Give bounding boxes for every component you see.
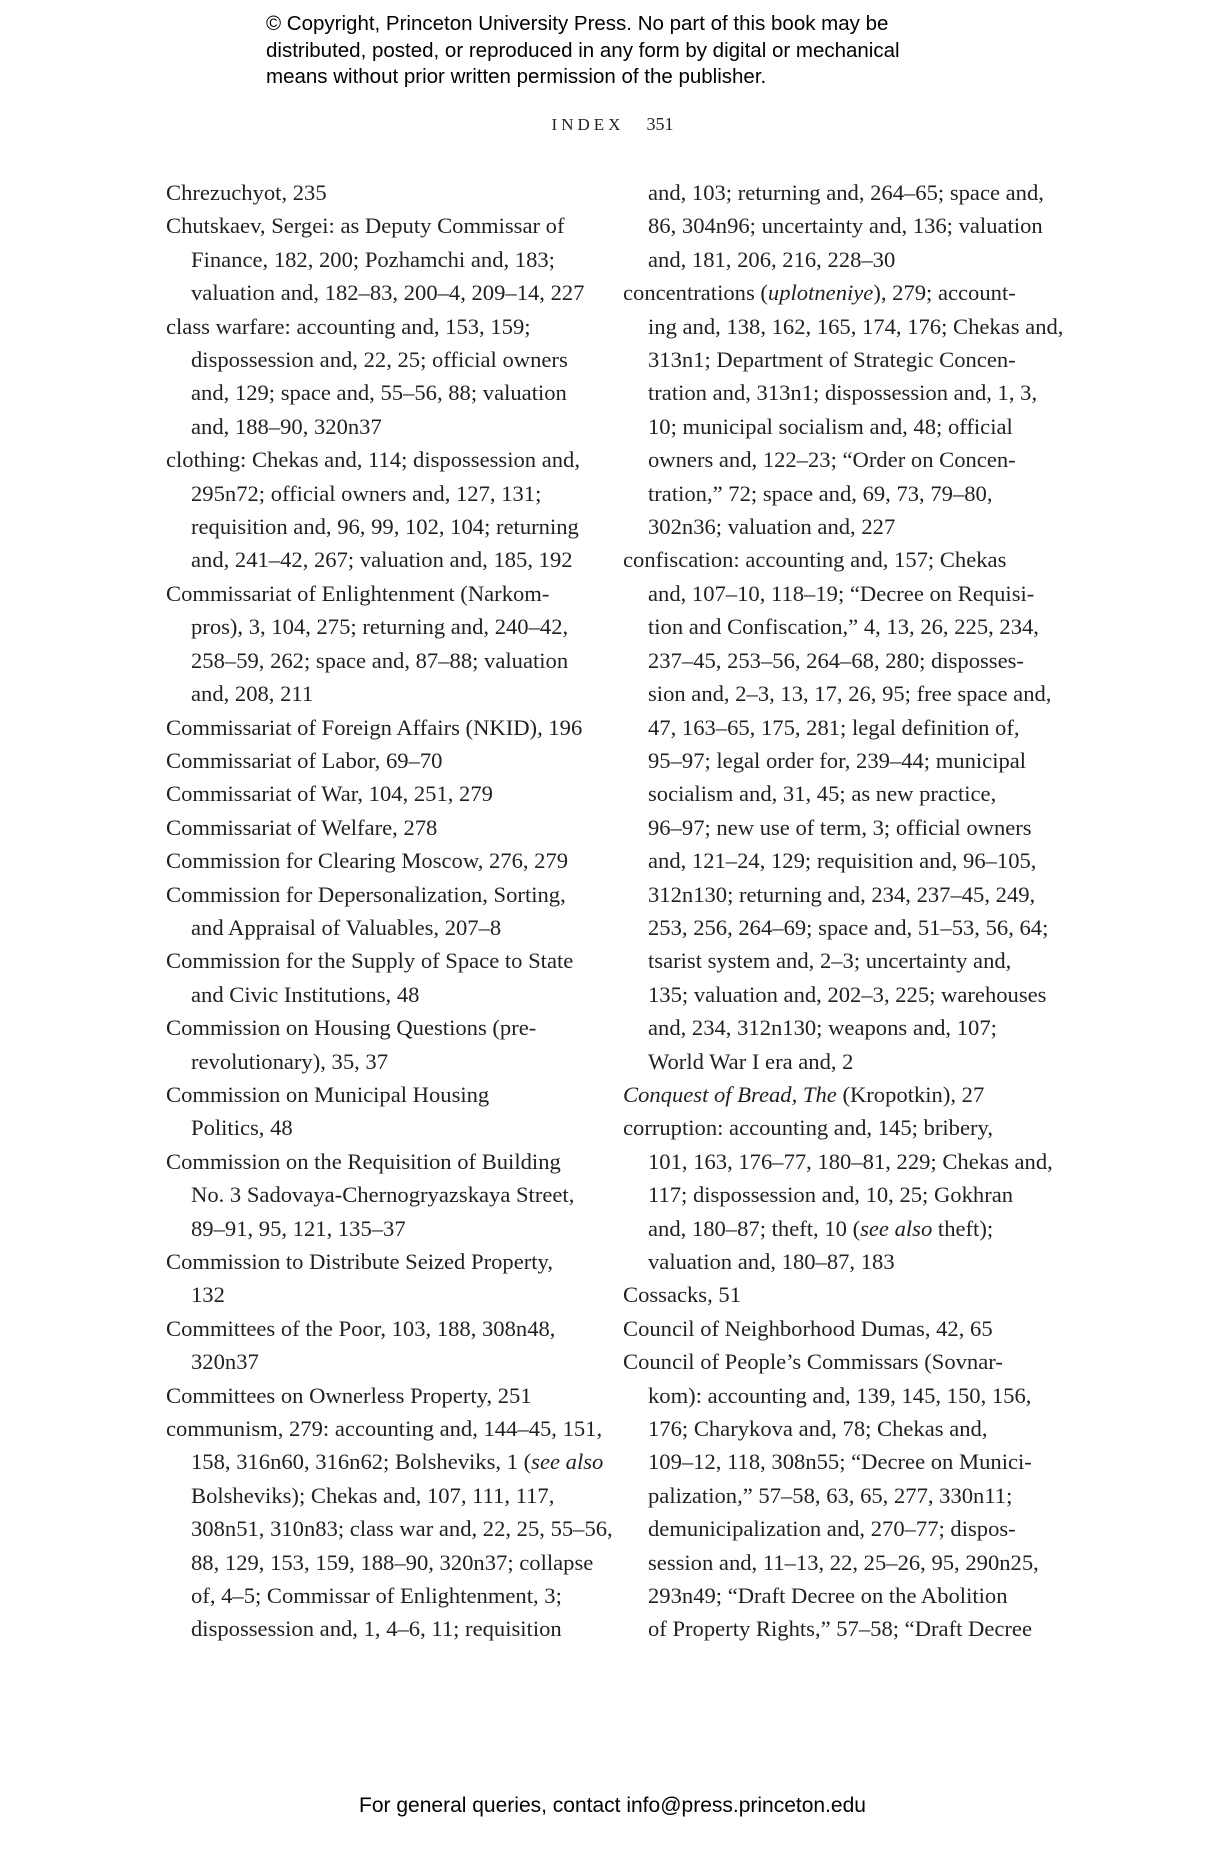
index-line: Commissariat of Enlightenment (Narkom- <box>166 577 586 610</box>
index-entry: Commission to Distribute Seized Property… <box>166 1245 586 1312</box>
copyright-line: distributed, posted, or reproduced in an… <box>266 38 1026 65</box>
index-line: Committees of the Poor, 103, 188, 308n48… <box>166 1312 586 1345</box>
index-line: 86, 304n96; uncertainty and, 136; valuat… <box>623 209 1043 242</box>
index-line: and, 103; returning and, 264–65; space a… <box>623 176 1043 209</box>
index-line: 158, 316n60, 316n62; Bolsheviks, 1 (see … <box>166 1445 586 1478</box>
index-line: communism, 279: accounting and, 144–45, … <box>166 1412 586 1445</box>
index-line: and Civic Institutions, 48 <box>166 978 586 1011</box>
index-text: ), 279; account- <box>873 280 1015 305</box>
index-line: tion and Confiscation,” 4, 13, 26, 225, … <box>623 610 1043 643</box>
index-line: Commission to Distribute Seized Property… <box>166 1245 586 1278</box>
index-entry: Committees on Ownerless Property, 251 <box>166 1379 586 1412</box>
index-line: tration,” 72; space and, 69, 73, 79–80, <box>623 477 1043 510</box>
index-line: Council of Neighborhood Dumas, 42, 65 <box>623 1312 1043 1345</box>
index-entry: Commission for Clearing Moscow, 276, 279 <box>166 844 586 877</box>
copyright-notice: © Copyright, Princeton University Press.… <box>266 11 1026 91</box>
index-line: class warfare: accounting and, 153, 159; <box>166 310 586 343</box>
index-line: pros), 3, 104, 275; returning and, 240–4… <box>166 610 586 643</box>
index-line: concentrations (uplotneniye), 279; accou… <box>623 276 1043 309</box>
index-line: demunicipalization and, 270–77; dispos- <box>623 1512 1043 1545</box>
index-line: Committees on Ownerless Property, 251 <box>166 1379 586 1412</box>
index-line: of, 4–5; Commissar of Enlightenment, 3; <box>166 1579 586 1612</box>
index-line: Commissariat of Foreign Affairs (NKID), … <box>166 711 586 744</box>
index-line: 293n49; “Draft Decree on the Abolition <box>623 1579 1043 1612</box>
see-also-italic: see also <box>531 1449 603 1474</box>
index-line: corruption: accounting and, 145; bribery… <box>623 1111 1043 1144</box>
index-line: 176; Charykova and, 78; Chekas and, <box>623 1412 1043 1445</box>
index-entry-corruption: corruption: accounting and, 145; bribery… <box>623 1111 1043 1278</box>
index-line: owners and, 122–23; “Order on Concen- <box>623 443 1043 476</box>
index-entry-concentrations: concentrations (uplotneniye), 279; accou… <box>623 276 1043 543</box>
index-line: dispossession and, 1, 4–6, 11; requisiti… <box>166 1612 586 1645</box>
index-line: sion and, 2–3, 13, 17, 26, 95; free spac… <box>623 677 1043 710</box>
index-line: 10; municipal socialism and, 48; officia… <box>623 410 1043 443</box>
index-line: and, 241–42, 267; valuation and, 185, 19… <box>166 543 586 576</box>
index-line: 88, 129, 153, 159, 188–90, 320n37; colla… <box>166 1546 586 1579</box>
index-text: and, 180–87; theft, 10 ( <box>648 1216 860 1241</box>
index-line: Bolsheviks); Chekas and, 107, 111, 117, <box>166 1479 586 1512</box>
index-line: Commissariat of War, 104, 251, 279 <box>166 777 586 810</box>
index-entry: Commission on Municipal Housing Politics… <box>166 1078 586 1145</box>
index-line: 101, 163, 176–77, 180–81, 229; Chekas an… <box>623 1145 1043 1178</box>
index-line: tration and, 313n1; dispossession and, 1… <box>623 376 1043 409</box>
index-entry: Council of People’s Commissars (Sovnar- … <box>623 1345 1043 1646</box>
index-line: and, 129; space and, 55–56, 88; valuatio… <box>166 376 586 409</box>
index-line: socialism and, 31, 45; as new practice, <box>623 777 1043 810</box>
index-line: and, 208, 211 <box>166 677 586 710</box>
index-line: 109–12, 118, 308n55; “Decree on Munici- <box>623 1445 1043 1478</box>
index-entry-continued: and, 103; returning and, 264–65; space a… <box>623 176 1043 276</box>
index-line: 258–59, 262; space and, 87–88; valuation <box>166 644 586 677</box>
index-line: Cossacks, 51 <box>623 1278 1043 1311</box>
index-entry: class warfare: accounting and, 153, 159;… <box>166 310 586 444</box>
index-line: 320n37 <box>166 1345 586 1378</box>
index-line: 295n72; official owners and, 127, 131; <box>166 477 586 510</box>
index-line: Chutskaev, Sergei: as Deputy Commissar o… <box>166 209 586 242</box>
index-line: World War I era and, 2 <box>623 1045 1043 1078</box>
index-line: and, 121–24, 129; requisition and, 96–10… <box>623 844 1043 877</box>
index-line: 95–97; legal order for, 239–44; municipa… <box>623 744 1043 777</box>
running-head-label: INDEX <box>552 115 625 134</box>
index-line: clothing: Chekas and, 114; dispossession… <box>166 443 586 476</box>
index-entry: Commissariat of Enlightenment (Narkom- p… <box>166 577 586 711</box>
italic-term: uplotneniye <box>768 280 873 305</box>
index-line: and, 188–90, 320n37 <box>166 410 586 443</box>
index-line: and, 180–87; theft, 10 (see also theft); <box>623 1212 1043 1245</box>
index-line: session and, 11–13, 22, 25–26, 95, 290n2… <box>623 1546 1043 1579</box>
index-line: Commission on Municipal Housing <box>166 1078 586 1111</box>
index-line: Commission for Clearing Moscow, 276, 279 <box>166 844 586 877</box>
index-text: theft); <box>932 1216 993 1241</box>
index-entry: Chutskaev, Sergei: as Deputy Commissar o… <box>166 209 586 309</box>
page-number: 351 <box>646 114 673 134</box>
index-line: Commission on Housing Questions (pre- <box>166 1011 586 1044</box>
index-line: ing and, 138, 162, 165, 174, 176; Chekas… <box>623 310 1043 343</box>
index-entry: Commission on Housing Questions (pre- re… <box>166 1011 586 1078</box>
index-entry: Commission for Depersonalization, Sortin… <box>166 878 586 945</box>
index-line: of Property Rights,” 57–58; “Draft Decre… <box>623 1612 1043 1645</box>
index-text: (Kropotkin), 27 <box>837 1082 984 1107</box>
index-entry: confiscation: accounting and, 157; Cheka… <box>623 543 1043 1078</box>
running-head: INDEX351 <box>0 114 1225 135</box>
index-line: kom): accounting and, 139, 145, 150, 156… <box>623 1379 1043 1412</box>
index-text: 158, 316n60, 316n62; Bolsheviks, 1 ( <box>191 1449 531 1474</box>
index-line: 237–45, 253–56, 264–68, 280; disposses- <box>623 644 1043 677</box>
index-line: Commission for the Supply of Space to St… <box>166 944 586 977</box>
index-entry: Commissariat of Foreign Affairs (NKID), … <box>166 711 586 744</box>
index-line: 135; valuation and, 202–3, 225; warehous… <box>623 978 1043 1011</box>
index-line: requisition and, 96, 99, 102, 104; retur… <box>166 510 586 543</box>
footer-contact: For general queries, contact info@press.… <box>0 1794 1225 1818</box>
index-entry: Cossacks, 51 <box>623 1278 1043 1311</box>
index-line: 313n1; Department of Strategic Concen- <box>623 343 1043 376</box>
index-line: and Appraisal of Valuables, 207–8 <box>166 911 586 944</box>
copyright-line: © Copyright, Princeton University Press.… <box>266 11 1026 38</box>
index-line: and, 181, 206, 216, 228–30 <box>623 243 1043 276</box>
index-line: 312n130; returning and, 234, 237–45, 249… <box>623 878 1043 911</box>
index-line: Politics, 48 <box>166 1111 586 1144</box>
index-entry: Chrezuchyot, 235 <box>166 176 586 209</box>
index-entry-communism: communism, 279: accounting and, 144–45, … <box>166 1412 586 1646</box>
index-line: Conquest of Bread, The (Kropotkin), 27 <box>623 1078 1043 1111</box>
index-line: and, 234, 312n130; weapons and, 107; <box>623 1011 1043 1044</box>
index-line: palization,” 57–58, 63, 65, 277, 330n11; <box>623 1479 1043 1512</box>
index-text: concentrations ( <box>623 280 768 305</box>
index-line: 96–97; new use of term, 3; official owne… <box>623 811 1043 844</box>
book-title-italic: Conquest of Bread, The <box>623 1082 837 1107</box>
index-line: 89–91, 95, 121, 135–37 <box>166 1212 586 1245</box>
index-line: 302n36; valuation and, 227 <box>623 510 1043 543</box>
index-line: and, 107–10, 118–19; “Decree on Requisi- <box>623 577 1043 610</box>
index-line: dispossession and, 22, 25; official owne… <box>166 343 586 376</box>
see-also-italic: see also <box>860 1216 932 1241</box>
copyright-line: means without prior written permission o… <box>266 64 1026 91</box>
index-line: valuation and, 182–83, 200–4, 209–14, 22… <box>166 276 586 309</box>
index-entry: Commission on the Requisition of Buildin… <box>166 1145 586 1245</box>
index-entry: clothing: Chekas and, 114; dispossession… <box>166 443 586 577</box>
index-line: Commission for Depersonalization, Sortin… <box>166 878 586 911</box>
index-line: Commission on the Requisition of Buildin… <box>166 1145 586 1178</box>
index-entry: Commission for the Supply of Space to St… <box>166 944 586 1011</box>
index-line: 117; dispossession and, 10, 25; Gokhran <box>623 1178 1043 1211</box>
index-line: confiscation: accounting and, 157; Cheka… <box>623 543 1043 576</box>
index-line: 132 <box>166 1278 586 1311</box>
index-line: Finance, 182, 200; Pozhamchi and, 183; <box>166 243 586 276</box>
index-line: tsarist system and, 2–3; uncertainty and… <box>623 944 1043 977</box>
index-line: revolutionary), 35, 37 <box>166 1045 586 1078</box>
index-line: Chrezuchyot, 235 <box>166 176 586 209</box>
index-line: No. 3 Sadovaya-Chernogryazskaya Street, <box>166 1178 586 1211</box>
index-entry: Commissariat of Labor, 69–70 <box>166 744 586 777</box>
index-entry: Committees of the Poor, 103, 188, 308n48… <box>166 1312 586 1379</box>
index-entry: Commissariat of Welfare, 278 <box>166 811 586 844</box>
index-line: valuation and, 180–87, 183 <box>623 1245 1043 1278</box>
index-line: Commissariat of Labor, 69–70 <box>166 744 586 777</box>
index-column-left: Chrezuchyot, 235 Chutskaev, Sergei: as D… <box>166 176 586 1646</box>
index-entry: Commissariat of War, 104, 251, 279 <box>166 777 586 810</box>
index-line: 253, 256, 264–69; space and, 51–53, 56, … <box>623 911 1043 944</box>
index-line: Council of People’s Commissars (Sovnar- <box>623 1345 1043 1378</box>
index-line: 308n51, 310n83; class war and, 22, 25, 5… <box>166 1512 586 1545</box>
index-line: Commissariat of Welfare, 278 <box>166 811 586 844</box>
index-line: 47, 163–65, 175, 281; legal definition o… <box>623 711 1043 744</box>
index-column-right: and, 103; returning and, 264–65; space a… <box>623 176 1043 1646</box>
index-entry: Council of Neighborhood Dumas, 42, 65 <box>623 1312 1043 1345</box>
index-entry-conquest-of-bread: Conquest of Bread, The (Kropotkin), 27 <box>623 1078 1043 1111</box>
